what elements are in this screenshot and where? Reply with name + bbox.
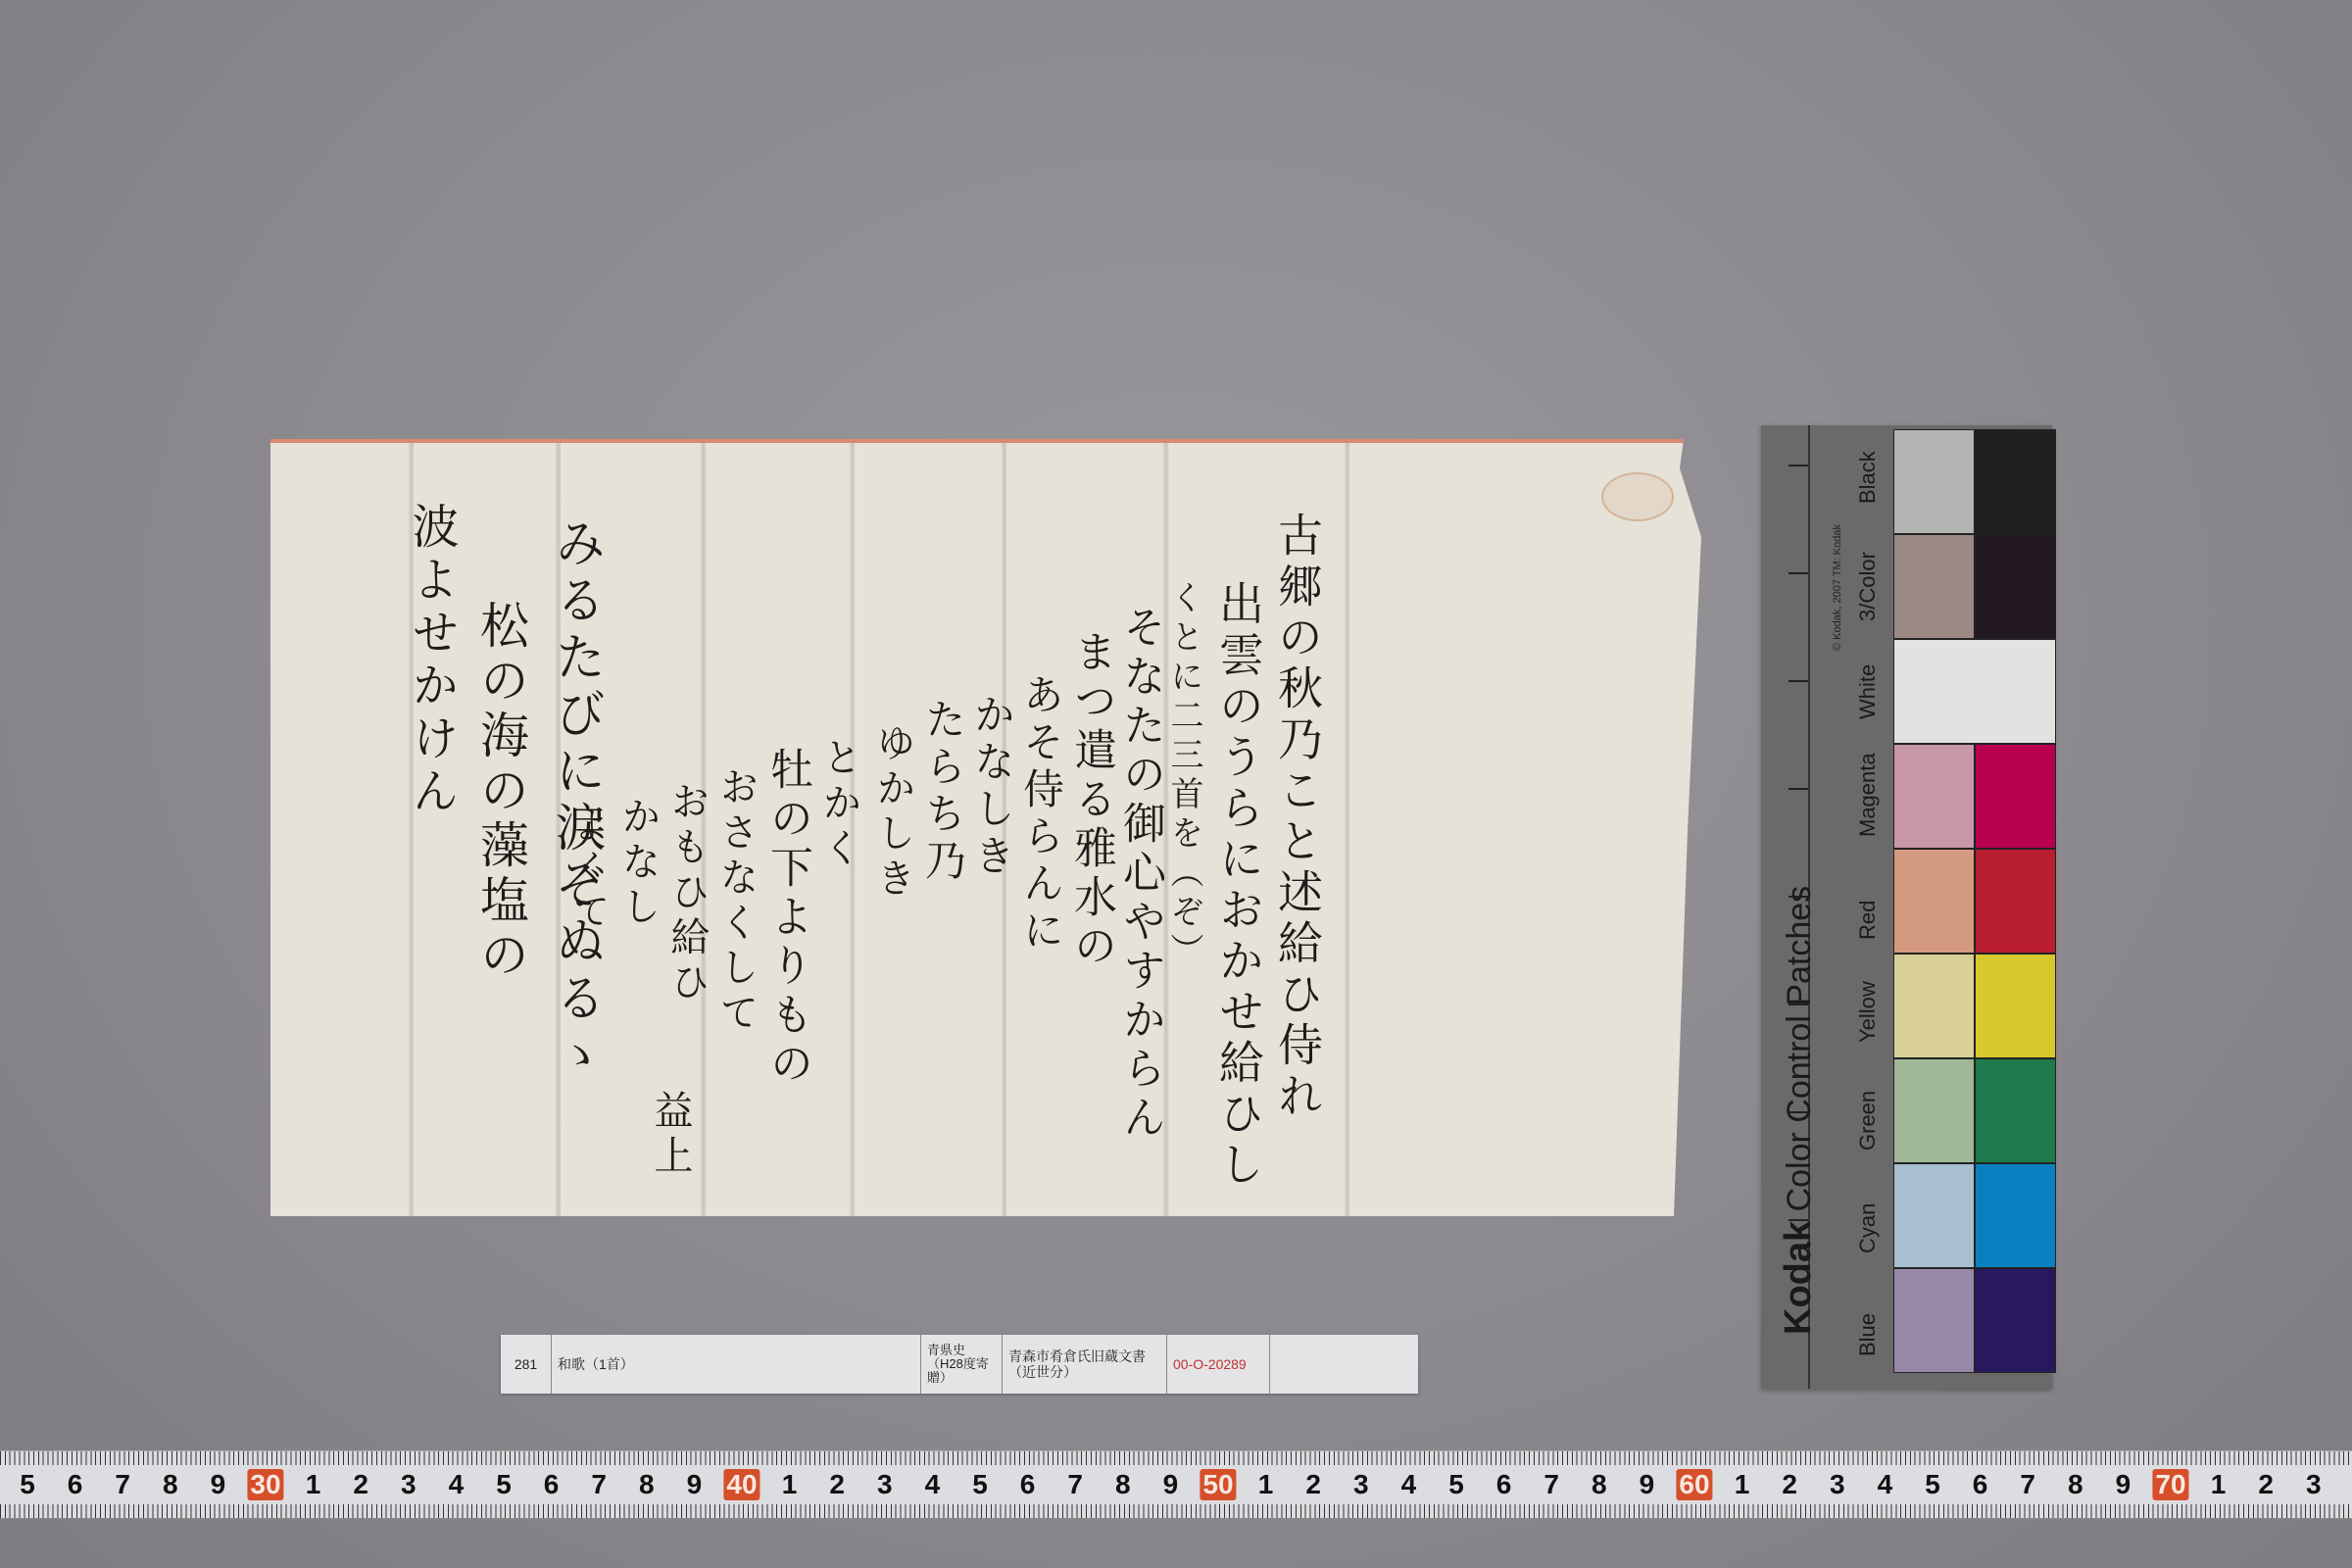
ruler-number: 5 — [20, 1469, 35, 1500]
ruler-number: 1 — [306, 1469, 321, 1500]
ruler-number: 2 — [353, 1469, 368, 1500]
signature: 益上 — [651, 1090, 690, 1180]
patch-magenta-light — [1893, 744, 1975, 849]
patch-3color-dark — [1975, 534, 2056, 639]
ruler-number: 6 — [68, 1469, 83, 1500]
ruler-number: 1 — [1258, 1469, 1274, 1500]
manuscript-document: 古郷の秋乃こと述給ひ侍れ 出雲のうらにおかせ給ひし くとに二三首を（ぞ） そなた… — [270, 439, 1701, 1225]
catalog-number: 281 — [501, 1335, 552, 1394]
ruler-number: 3 — [401, 1469, 416, 1500]
ruler-number: 50 — [1200, 1469, 1236, 1500]
ruler-number: 40 — [723, 1469, 759, 1500]
text-column: 古郷の秋乃こと述給ひ侍れ — [1275, 512, 1320, 1123]
ruler-number: 9 — [687, 1469, 703, 1500]
patch-cyan-dark — [1975, 1163, 2056, 1268]
patch-black-dark — [1975, 429, 2056, 534]
text-column: とかく — [819, 737, 858, 872]
water-stain — [1601, 472, 1674, 521]
ruler-number: 5 — [1925, 1469, 1940, 1500]
ruler-number: 2 — [2258, 1469, 2274, 1500]
ruler-number: 3 — [1353, 1469, 1369, 1500]
card-title: Kodak Color Control Patches — [1778, 886, 1820, 1335]
ruler-number: 7 — [591, 1469, 607, 1500]
ruler-number: 30 — [247, 1469, 283, 1500]
ruler-number: 1 — [1735, 1469, 1750, 1500]
ruler-number: 9 — [2116, 1469, 2131, 1500]
ruler-number: 5 — [496, 1469, 512, 1500]
patch-green-dark — [1975, 1058, 2056, 1163]
catalog-empty-cell — [1270, 1335, 1418, 1394]
ruler-number: 3 — [877, 1469, 893, 1500]
card-copyright: © Kodak, 2007 TM: Kodak — [1832, 524, 1843, 651]
ruler-number: 4 — [449, 1469, 465, 1500]
ruler-number: 8 — [1115, 1469, 1131, 1500]
kodak-color-card: © Kodak, 2007 TM: Kodak Kodak Color Cont… — [1761, 425, 2052, 1389]
ruler-number: 3 — [1830, 1469, 1845, 1500]
ruler-number: 9 — [1163, 1469, 1179, 1500]
text-column: たらち乃 — [922, 698, 963, 886]
catalog-source: 青県史（H28度寄贈） — [921, 1335, 1003, 1394]
ruler-number: 70 — [2152, 1469, 2188, 1500]
ruler-number: 4 — [925, 1469, 941, 1500]
poem-column: みるたびに涙ぞぬるゝ — [550, 516, 601, 1085]
ruler-number: 2 — [829, 1469, 845, 1500]
patch-black-light — [1893, 429, 1975, 534]
catalog-title: 和歌（1首） — [552, 1335, 921, 1394]
paper-fold — [1344, 443, 1351, 1220]
ruler-number: 7 — [1543, 1469, 1559, 1500]
text-column: おさなくして — [716, 766, 756, 1037]
text-column: かなし — [618, 796, 658, 931]
text-column: かなしき — [971, 693, 1012, 881]
ruler-number: 9 — [1640, 1469, 1655, 1500]
catalog-collection: 青森市肴倉氏旧蔵文書（近世分） — [1003, 1335, 1167, 1394]
catalog-label: 281 和歌（1首） 青県史（H28度寄贈） 青森市肴倉氏旧蔵文書（近世分） 0… — [501, 1335, 1418, 1394]
ruler-number: 5 — [972, 1469, 988, 1500]
ruler-number: 2 — [1305, 1469, 1321, 1500]
ruler-number: 6 — [544, 1469, 560, 1500]
text-column: そなたの御心やすからん — [1118, 605, 1161, 1144]
ruler-number: 1 — [782, 1469, 798, 1500]
ruler-number: 8 — [163, 1469, 178, 1500]
patch-red-light — [1893, 849, 1975, 954]
patch-cyan-light — [1893, 1163, 1975, 1268]
text-column: まつ遣る雅水の — [1069, 629, 1112, 972]
ruler-number: 7 — [1067, 1469, 1083, 1500]
ruler-number: 60 — [1676, 1469, 1712, 1500]
ruler-number: 7 — [2020, 1469, 2035, 1500]
ruler-number: 3 — [2306, 1469, 2322, 1500]
patch-white — [1893, 639, 2056, 744]
patch-names: Black 3/Color White Magenta Red Yellow G… — [1855, 425, 1894, 1389]
patch-green-light — [1893, 1058, 1975, 1163]
text-column: 牡の下よりもの — [765, 747, 808, 1090]
patch-red-dark — [1975, 849, 2056, 954]
ruler-number: 7 — [115, 1469, 130, 1500]
ruler-number: 9 — [211, 1469, 226, 1500]
ruler-number: 6 — [1496, 1469, 1512, 1500]
ruler-number: 8 — [639, 1469, 655, 1500]
ruler-number: 6 — [1020, 1469, 1036, 1500]
patch-3color-light — [1893, 534, 1975, 639]
text-column: くとに二三首を（ぞ） — [1167, 580, 1200, 972]
ruler-number: 8 — [2068, 1469, 2083, 1500]
patch-blue-light — [1893, 1268, 1975, 1373]
text-column: おもひ給ひ — [667, 781, 707, 1006]
ruler-number: 5 — [1448, 1469, 1464, 1500]
ruler-number: 6 — [1973, 1469, 1988, 1500]
patch-magenta-dark — [1975, 744, 2056, 849]
text-column: ゆかしき — [873, 722, 912, 903]
patch-yellow-dark — [1975, 954, 2056, 1058]
patch-blue-dark — [1975, 1268, 2056, 1373]
patch-yellow-light — [1893, 954, 1975, 1058]
poem-column: 松の海の藻塩の — [476, 600, 525, 984]
ruler-number: 2 — [1782, 1469, 1797, 1500]
poem-column: 波よせかけん — [408, 502, 455, 819]
ruler-number: 4 — [1878, 1469, 1893, 1500]
text-column: あそ侍らんに — [1020, 673, 1061, 955]
text-column: 出雲のうらにおかせ給ひし — [1216, 580, 1261, 1192]
ruler-number: 1 — [2211, 1469, 2227, 1500]
ruler-number: 4 — [1401, 1469, 1417, 1500]
tape-measure: 5678930123456789401234567895012345678960… — [0, 1450, 2352, 1519]
catalog-id: 00-O-20289 — [1167, 1335, 1270, 1394]
ruler-number: 8 — [1592, 1469, 1607, 1500]
